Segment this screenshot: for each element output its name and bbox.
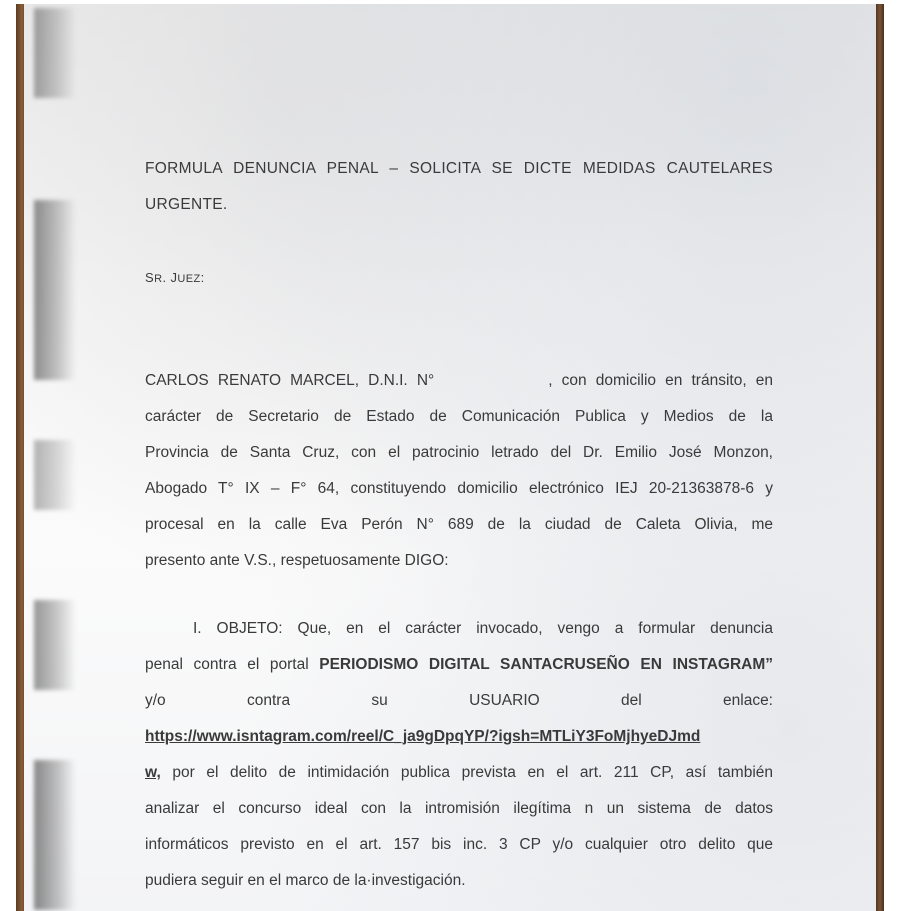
document-title: FORMULA DENUNCIA PENAL – SOLICITA SE DIC… — [145, 160, 773, 178]
intro-line: carácter de Secretario de Estado de Comu… — [145, 408, 773, 426]
objeto-line: informáticos previsto en el art. 157 bis… — [145, 836, 773, 854]
intro-line: presento ante V.S., respetuosamente DIGO… — [145, 552, 773, 570]
intro-line: procesal en la calle Eva Perón N° 689 de… — [145, 516, 773, 534]
intro-line: Abogado T° IX – F° 64, constituyendo dom… — [145, 480, 773, 498]
objeto-line: penal contra el portal PERIODISMO DIGITA… — [145, 656, 773, 674]
binding-shadow — [34, 600, 76, 690]
objeto-line: I. OBJETO: Que, en el carácter invocado,… — [145, 620, 773, 638]
intro-line: Provincia de Santa Cruz, con el patrocin… — [145, 444, 773, 462]
accused-portal: PERIODISMO DIGITAL SANTACRUSEÑO EN INSTA… — [319, 656, 773, 673]
objeto-line: w, por el delito de intimidación publica… — [145, 764, 773, 782]
instagram-link-end[interactable]: w, — [145, 764, 161, 781]
binding-shadow — [34, 200, 76, 380]
objeto-line: analizar el concurso ideal con la introm… — [145, 800, 773, 818]
salutation: SR. JUEZ: — [145, 270, 773, 285]
intro-line: CARLOS RENATO MARCEL, D.N.I. N°, con dom… — [145, 372, 773, 390]
binding-shadow — [34, 760, 76, 910]
binding-shadow — [34, 8, 76, 98]
document-title-cont: URGENTE. — [145, 196, 773, 214]
instagram-link[interactable]: https://www.isntagram.com/reel/C_ja9gDpq… — [145, 728, 773, 746]
binding-shadow — [34, 440, 76, 510]
objeto-line: y/o contra su USUARIO del enlace: — [145, 692, 773, 710]
objeto-line: pudiera seguir en el marco de la·investi… — [145, 872, 773, 890]
